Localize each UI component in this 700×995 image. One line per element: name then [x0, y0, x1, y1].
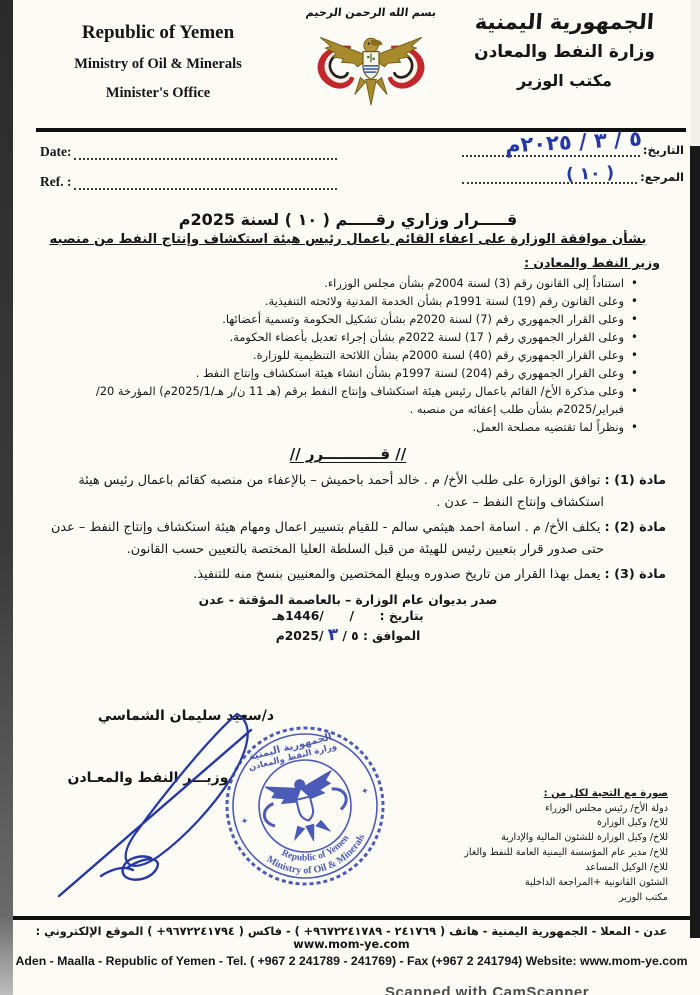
scan-edge-right: [690, 146, 700, 938]
ref-line-en: [74, 175, 337, 190]
scan-edge-top-right: [690, 0, 700, 146]
preamble-item: وعلى القانون رقم (19) لسنة 1991م بشأن ال…: [30, 292, 638, 310]
distribution-item: للاخ/ الوكيل المساعد: [463, 861, 668, 876]
greg-day: ٥: [351, 629, 359, 643]
distribution-item: للاخ/ وكيل الوزارة: [463, 816, 668, 831]
preamble-item: استناداً إلى القانون رقم (3) لسنة 2004م …: [30, 274, 638, 292]
article-1-text: توافق الوزارة على طلب الأخ/ م . خالد أحم…: [78, 473, 604, 509]
distribution-item: دولة الأخ/ رئيس مجلس الوزراء: [463, 802, 668, 817]
office-name-ar: مكتب الوزير: [457, 71, 672, 90]
country-name-en: Republic of Yemen: [33, 22, 283, 44]
camscanner-watermark: Scanned with CamScanner: [385, 984, 589, 995]
article-2-label: مادة (2) :: [605, 520, 666, 535]
preamble-item: وعلى القرار الجمهوري رقم (7) لسنة 2020م …: [30, 310, 638, 328]
article-2: مادة (2) : يكلف الأخ/ م . اسامة احمد هيث…: [30, 517, 666, 560]
articles: مادة (1) : توافق الوزارة على طلب الأخ/ م…: [30, 470, 666, 585]
stamp-separator-left: ✦: [240, 816, 250, 828]
issued-at-line: صدر بديوان عام الوزارة – بالعاصمة المؤقت…: [30, 593, 666, 607]
distribution-item: مكتب الوزير: [463, 891, 668, 906]
scan-edge-left: [0, 0, 13, 995]
issued-date-hijri: بتاريخ : / /1446هـ: [30, 609, 666, 623]
handwritten-ref-number: ( ١٠ ): [565, 163, 614, 185]
yemen-eagle-emblem-icon: [304, 19, 438, 111]
letterhead-emblem: بسم الله الرحمن الرحيم: [301, 6, 441, 115]
footer-contact-en: Aden - Maalla - Republic of Yemen - Tel.…: [13, 954, 690, 968]
distribution-list: صورة مع التحية لكل من : دولة الأخ/ رئيس …: [463, 786, 668, 906]
distribution-item: للاخ/ مدير عام المؤسسة اليمنية العامة لل…: [463, 846, 668, 861]
decree-subject: بشأن موافقة الوزارة على اعفاء القائم باع…: [30, 232, 666, 247]
decree-body: قـــــرار وزاري رقـــــم ( ١٠ ) لسنة 202…: [30, 210, 666, 645]
article-3-text: يعمل بهذا القرار من تاريخ صدوره ويبلغ ال…: [193, 567, 600, 582]
date-label-ar: التاريخ:: [643, 143, 684, 157]
letterhead: Republic of Yemen Ministry of Oil & Mine…: [13, 0, 690, 128]
preamble-list: استناداً إلى القانون رقم (3) لسنة 2004م …: [30, 274, 638, 436]
article-3-label: مادة (3) :: [605, 567, 666, 582]
footer-contact-block: عدن - المعلا - الجمهورية اليمنية - هاتف …: [13, 916, 690, 968]
signature-zone: د/سعيد سليمان الشماسي وزيـــر النفط والم…: [13, 698, 690, 913]
country-name-ar: الجمهورية اليمنية: [456, 10, 673, 34]
preamble-item: وعلى القرار الجمهوري رقم ( 17) لسنة 2022…: [30, 328, 638, 346]
preamble-item: وعلى القرار الجمهوري رقم (40) لسنة 2000م…: [30, 346, 638, 364]
date-label-en: Date:: [40, 144, 71, 160]
ref-label-ar: المرجع:: [640, 170, 684, 184]
distribution-item: الشئون القانونية +المراجعة الداخلية: [463, 876, 668, 891]
scanned-decree-document: Republic of Yemen Ministry of Oil & Mine…: [0, 0, 700, 995]
article-2-text: يكلف الأخ/ م . اسامة احمد هيثمي سالم - ل…: [51, 520, 604, 556]
date-ref-english: Date: Ref. :: [40, 144, 340, 204]
decision-heading: // قـــــــــــرر //: [30, 445, 666, 463]
date-ref-block: Date: Ref. : التاريخ: المرجع: ٥ / ٣ / ٢٠…: [36, 140, 684, 204]
ministry-name-ar: وزارة النفط والمعادن: [457, 42, 672, 62]
handwritten-month: ٣: [327, 624, 339, 645]
preamble-item: ونظراً لما تقتضيه مصلحة العمل.: [30, 418, 638, 436]
ministry-name-en: Ministry of Oil & Minerals: [33, 56, 283, 73]
distribution-item: للاخ/ وكيل الوزارة للشئون المالية والإدا…: [463, 831, 668, 846]
stamp-separator-right: ✦: [360, 786, 370, 798]
authority-heading: وزير النفط والمعادن :: [30, 255, 660, 270]
footer-contact-ar: عدن - المعلا - الجمهورية اليمنية - هاتف …: [13, 925, 690, 951]
date-line-en: [74, 145, 337, 160]
article-1: مادة (1) : توافق الوزارة على طلب الأخ/ م…: [30, 470, 666, 513]
preamble-item: وعلى القرار الجمهوري رقم (204) لسنة 1997…: [30, 364, 638, 382]
distribution-heading: صورة مع التحية لكل من :: [463, 786, 668, 802]
letterhead-english: Republic of Yemen Ministry of Oil & Mine…: [33, 22, 283, 102]
article-1-label: مادة (1) :: [605, 473, 666, 488]
letterhead-arabic: الجمهورية اليمنية وزارة النفط والمعادن م…: [457, 10, 672, 90]
office-name-en: Minister's Office: [33, 85, 283, 102]
date-ref-arabic: التاريخ: المرجع: ٥ / ٣ / ٢٠٢٥م ( ١٠ ): [459, 142, 684, 196]
ref-label-en: Ref. :: [40, 174, 71, 190]
issued-date-gregorian: الموافق : ٥ / ٣ /2025م: [30, 625, 666, 645]
article-3: مادة (3) : يعمل بهذا القرار من تاريخ صدو…: [30, 564, 666, 585]
preamble-item: وعلى مذكرة الأخ/ القائم باعمال رئيس هيئة…: [30, 382, 638, 418]
decree-title: قـــــرار وزاري رقـــــم ( ١٠ ) لسنة 202…: [30, 210, 666, 229]
bismillah-calligraphy: بسم الله الرحمن الرحيم: [300, 6, 441, 19]
